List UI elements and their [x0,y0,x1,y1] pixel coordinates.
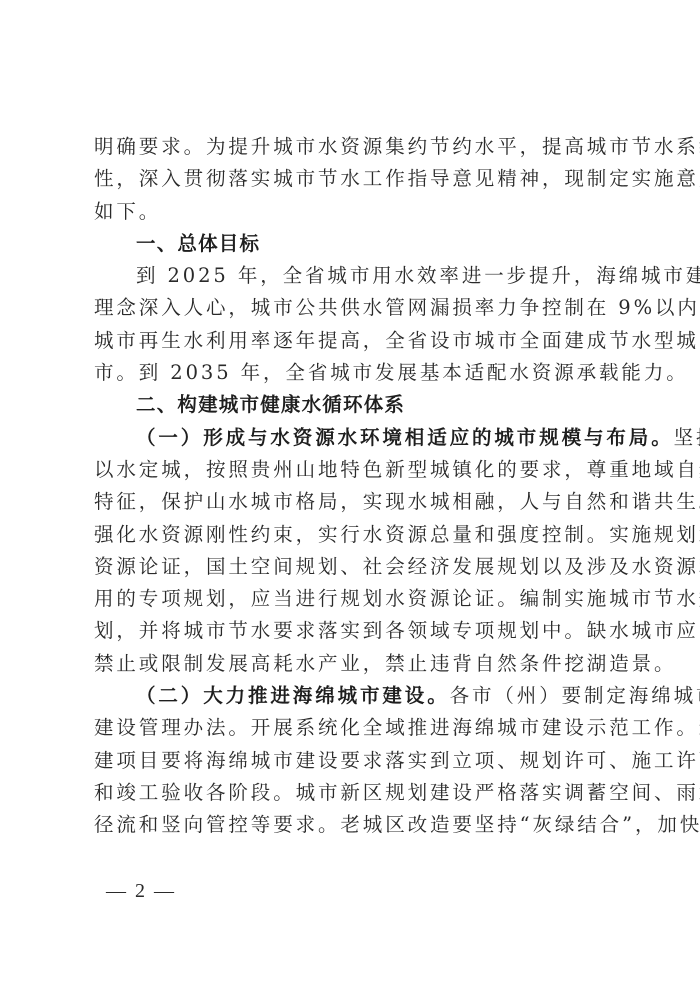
section-heading-overall-goals: 一、总体目标 [94,228,614,260]
subsection-title: （一）形成与水资源水环境相适应的城市规模与布局。 [136,426,674,449]
subsection-title: （二）大力推进海绵城市建设。 [136,684,450,707]
subsection-lead-line: （二）大力推进海绵城市建设。各市（州）要制定海绵城市 [94,680,614,712]
body-line: 建设管理办法。开展系统化全域推进海绵城市建设示范工作。新 [94,712,614,744]
body-line: 市。到 2035 年，全省城市发展基本适配水资源承载能力。 [94,357,614,389]
body-line: 特征，保护山水城市格局，实现水城相融，人与自然和谐共生。 [94,486,614,518]
body-line: 建项目要将海绵城市建设要求落实到立项、规划许可、施工许可 [94,745,614,777]
body-line: 明确要求。为提升城市水资源集约节约水平，提高城市节水系统 [94,131,614,163]
body-line: 性，深入贯彻落实城市节水工作指导意见精神，现制定实施意见 [94,163,614,195]
body-line: 用的专项规划，应当进行规划水资源论证。编制实施城市节水规 [94,583,614,615]
section-heading-water-cycle: 二、构建城市健康水循环体系 [94,389,614,421]
body-line: 划，并将城市节水要求落实到各领域专项规划中。缺水城市应当 [94,615,614,647]
body-line: 如下。 [94,196,614,228]
document-page: 明确要求。为提升城市水资源集约节约水平，提高城市节水系统 性，深入贯彻落实城市节… [94,131,614,842]
body-line: 禁止或限制发展高耗水产业，禁止违背自然条件挖湖造景。 [94,648,614,680]
page-number: — 2 — [106,880,176,903]
body-line: 理念深入人心，城市公共供水管网漏损率力争控制在 9%以内， [94,292,614,324]
body-line: 资源论证，国土空间规划、社会经济发展规划以及涉及水资源利 [94,551,614,583]
body-line: 和竣工验收各阶段。城市新区规划建设严格落实调蓄空间、雨水 [94,777,614,809]
body-line: 径流和竖向管控等要求。老城区改造要坚持“灰绿结合”，加快 [94,809,614,841]
subsection-lead-text: 坚持 [674,426,700,449]
subsection-lead-line: （一）形成与水资源水环境相适应的城市规模与布局。坚持 [94,422,614,454]
body-line: 强化水资源刚性约束，实行水资源总量和强度控制。实施规划水 [94,519,614,551]
body-line: 以水定城，按照贵州山地特色新型城镇化的要求，尊重地域自然 [94,454,614,486]
body-line: 到 2025 年，全省城市用水效率进一步提升，海绵城市建设 [94,260,614,292]
body-line: 城市再生水利用率逐年提高，全省设市城市全面建成节水型城 [94,325,614,357]
subsection-lead-text: 各市（州）要制定海绵城市 [450,684,700,707]
